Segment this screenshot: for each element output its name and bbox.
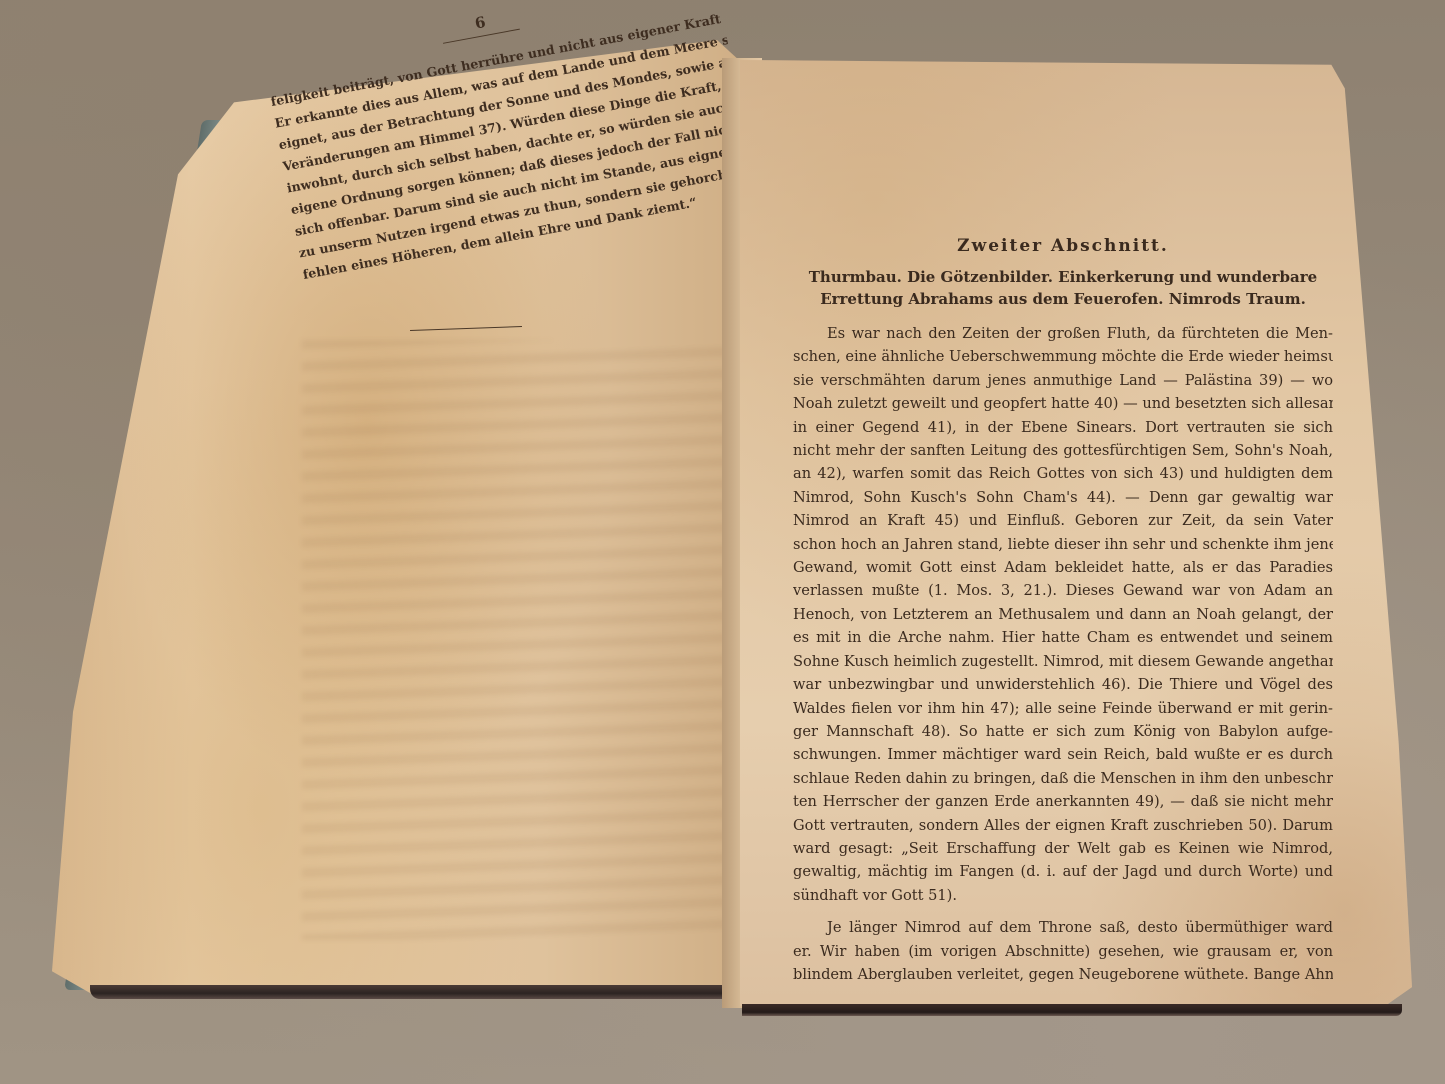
text-line: sündhaft vor Gott 51).: [793, 884, 1333, 907]
text-line: schon hoch an Jahren stand, liebte diese…: [793, 533, 1333, 556]
subtitle-line: Thurmbau. Die Götzenbilder. Einkerkerung…: [793, 266, 1333, 288]
subtitle-line: Errettung Abrahams aus dem Feuerofen. Ni…: [793, 288, 1333, 310]
text-line: war unbezwingbar und unwiderstehlich 46)…: [793, 673, 1333, 696]
text-line: ten Herrscher der ganzen Erde anerkannte…: [793, 790, 1333, 813]
text-line: es mit in die Arche nahm. Hier hatte Cha…: [793, 626, 1333, 649]
text-line: Es war nach den Zeiten der großen Fluth,…: [793, 322, 1333, 345]
text-line: nicht mehr der sanften Leitung des gotte…: [793, 439, 1333, 462]
text-line: Je länger Nimrod auf dem Throne saß, des…: [793, 916, 1333, 939]
page-number: 6: [473, 13, 487, 33]
show-through-text: [302, 340, 732, 940]
text-line: ward gesagt: „Seit Erschaffung der Welt …: [793, 837, 1333, 860]
right-page-text: Zweiter Abschnitt. Thurmbau. Die Götzenb…: [793, 236, 1333, 986]
text-line: Noah zuletzt geweilt und geopfert hatte …: [793, 392, 1333, 415]
text-line: in einer Gegend 41), in der Ebene Sinear…: [793, 416, 1333, 439]
text-line: schlaue Reden dahin zu bringen, daß die …: [793, 767, 1333, 790]
text-line: Gewand, womit Gott einst Adam bekleidet …: [793, 556, 1333, 579]
text-line: Nimrod, Sohn Kusch's Sohn Cham's 44). — …: [793, 486, 1333, 509]
book-photo: 6 feligkeit beiträgt, von Gott herrühre …: [0, 0, 1445, 1084]
text-line: Henoch, von Letzterem an Methusalem und …: [793, 603, 1333, 626]
text-line: an 42), warfen somit das Reich Gottes vo…: [793, 462, 1333, 485]
text-line: ger Mannschaft 48). So hatte er sich zum…: [793, 720, 1333, 743]
right-page-stack-edge: [742, 1004, 1402, 1016]
left-page-stack-edge: [90, 985, 740, 999]
paragraph-2: Je länger Nimrod auf dem Throne saß, des…: [793, 916, 1333, 986]
text-line: gewaltig, mächtig im Fangen (d. i. auf d…: [793, 860, 1333, 883]
paragraph-1: Es war nach den Zeiten der großen Fluth,…: [793, 322, 1333, 907]
text-line: Sohne Kusch heimlich zugestellt. Nimrod,…: [793, 650, 1333, 673]
section-subtitle: Thurmbau. Die Götzenbilder. Einkerkerung…: [793, 266, 1333, 310]
text-line: sie verschmähten darum jenes anmuthige L…: [793, 369, 1333, 392]
text-line: blindem Aberglauben verleitet, gegen Neu…: [793, 963, 1333, 986]
text-line: schen, eine ähnliche Ueberschwemmung möc…: [793, 345, 1333, 368]
section-title: Zweiter Abschnitt.: [793, 236, 1333, 256]
text-line: Gott vertrauten, sondern Alles der eigne…: [793, 814, 1333, 837]
text-line: Nimrod an Kraft 45) und Einfluß. Geboren…: [793, 509, 1333, 532]
text-line: Waldes fielen vor ihm hin 47); alle sein…: [793, 697, 1333, 720]
text-line: schwungen. Immer mächtiger ward sein Rei…: [793, 743, 1333, 766]
text-line: er. Wir haben (im vorigen Abschnitte) ge…: [793, 940, 1333, 963]
paragraph-gap: [793, 907, 1333, 916]
text-line: verlassen mußte (1. Mos. 3, 21.). Dieses…: [793, 579, 1333, 602]
